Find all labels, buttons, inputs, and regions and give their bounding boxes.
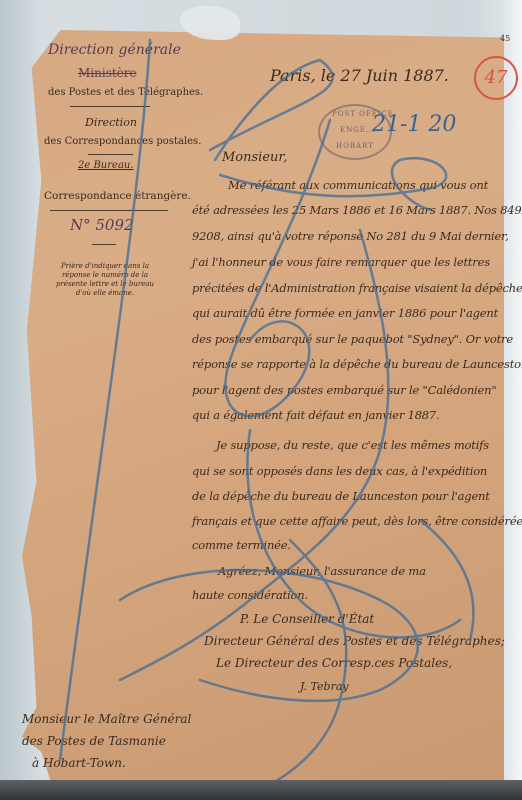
letterhead-postes-telegraphes: des Postes et des Télégraphes. — [48, 87, 203, 98]
body-line-3: 9208, ainsi qu'à votre réponse No 281 du… — [192, 229, 509, 243]
date-line: Paris, le 27 Juin 1887. — [270, 66, 449, 85]
body-line-14: français et que cette affaire peut, dès … — [192, 514, 522, 528]
reference-number: N° 5092 — [70, 216, 134, 234]
body-line-4: j'ai l'honneur de vous faire remarquer q… — [192, 255, 490, 269]
letterhead-ministere-struck: Ministère — [78, 66, 137, 80]
body-line-7: des postes embarqué sur le paquebot "Syd… — [192, 332, 513, 346]
salutation: Monsieur, — [222, 150, 287, 165]
postmark-text-middle: ENGE... — [340, 126, 376, 134]
body-line-2: été adressées les 25 Mars 1886 et 16 Mar… — [192, 203, 522, 217]
addressee-line-1: Monsieur le Maître Général — [22, 712, 191, 726]
folio-number-circled: 47 — [474, 56, 518, 100]
body-line-16: Agréez, Monsieur, l'assurance de ma — [218, 564, 426, 578]
body-line-8: réponse se rapporte à la dépêche du bure… — [192, 357, 522, 371]
body-line-13: de la dépêche du bureau de Launceston po… — [192, 489, 490, 503]
letterhead-correspondances-postales: des Correspondances postales. — [44, 136, 201, 147]
signature-name: J. Tebray — [300, 680, 349, 693]
body-line-10: qui a également fait défaut en janvier 1… — [192, 408, 440, 422]
body-line-17: haute considération. — [192, 588, 308, 602]
signature-conseiller: P. Le Conseiller d'État — [240, 612, 374, 626]
body-line-1: Me référant aux communications qui vous … — [228, 178, 488, 192]
pencil-annotation: 21-1 20 — [372, 112, 456, 137]
instruction-note: Prière d'indiquer dans la réponse le num… — [50, 262, 160, 298]
signature-directeur-general: Directeur Général des Postes et des Télé… — [204, 634, 505, 648]
addressee-line-3: à Hobart-Town. — [32, 756, 126, 770]
reference-underline — [92, 244, 116, 245]
letterhead-direction-generale: Direction générale — [48, 42, 181, 58]
body-line-6: qui aurait dû être formée en janvier 188… — [192, 306, 498, 320]
letterhead-divider — [70, 106, 150, 107]
body-line-15: comme terminée. — [192, 538, 291, 552]
body-line-5: précitées de l'Administration française … — [192, 281, 522, 295]
sleeve-right-edge — [504, 0, 522, 800]
page-number: 45 — [500, 34, 510, 43]
body-line-11: Je suppose, du reste, que c'est les même… — [216, 438, 489, 452]
binder-bottom-edge — [0, 780, 522, 800]
letterhead-correspondance-etrangere: Correspondance étrangère. — [44, 190, 191, 202]
letterhead-flourish — [50, 210, 168, 211]
body-line-12: qui se sont opposés dans les deux cas, à… — [192, 464, 487, 478]
letterhead-divider-2 — [88, 154, 133, 155]
signature-directeur-correspondances: Le Directeur des Corresp.ces Postales, — [216, 656, 452, 670]
postmark-text-bottom: HOBART — [336, 142, 374, 150]
letterhead-direction: Direction — [85, 116, 137, 129]
body-line-9: pour l'agent des postes embarqué sur le … — [192, 383, 496, 397]
letterhead-bureau: 2e Bureau. — [78, 160, 134, 171]
addressee-line-2: des Postes de Tasmanie — [22, 734, 166, 748]
